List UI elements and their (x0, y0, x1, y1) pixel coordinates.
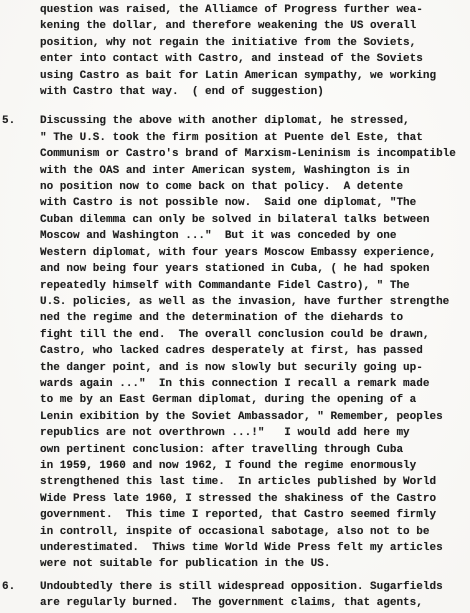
paragraph-number: 6. (0, 579, 40, 595)
paragraph-6: 6. Undoubtedly there is still widespread… (0, 579, 470, 612)
paragraph-text: Undoubtedly there is still widespread op… (40, 579, 470, 612)
paragraph-text: question was raised, the Alliamce of Pro… (40, 2, 470, 100)
paragraph-number: 5. (0, 113, 40, 129)
document-page: question was raised, the Alliamce of Pro… (0, 0, 470, 613)
paragraph-continuation: question was raised, the Alliamce of Pro… (0, 2, 470, 100)
paragraph-text: Discussing the above with another diplom… (40, 113, 470, 572)
paragraph-5: 5. Discussing the above with another dip… (0, 113, 470, 572)
